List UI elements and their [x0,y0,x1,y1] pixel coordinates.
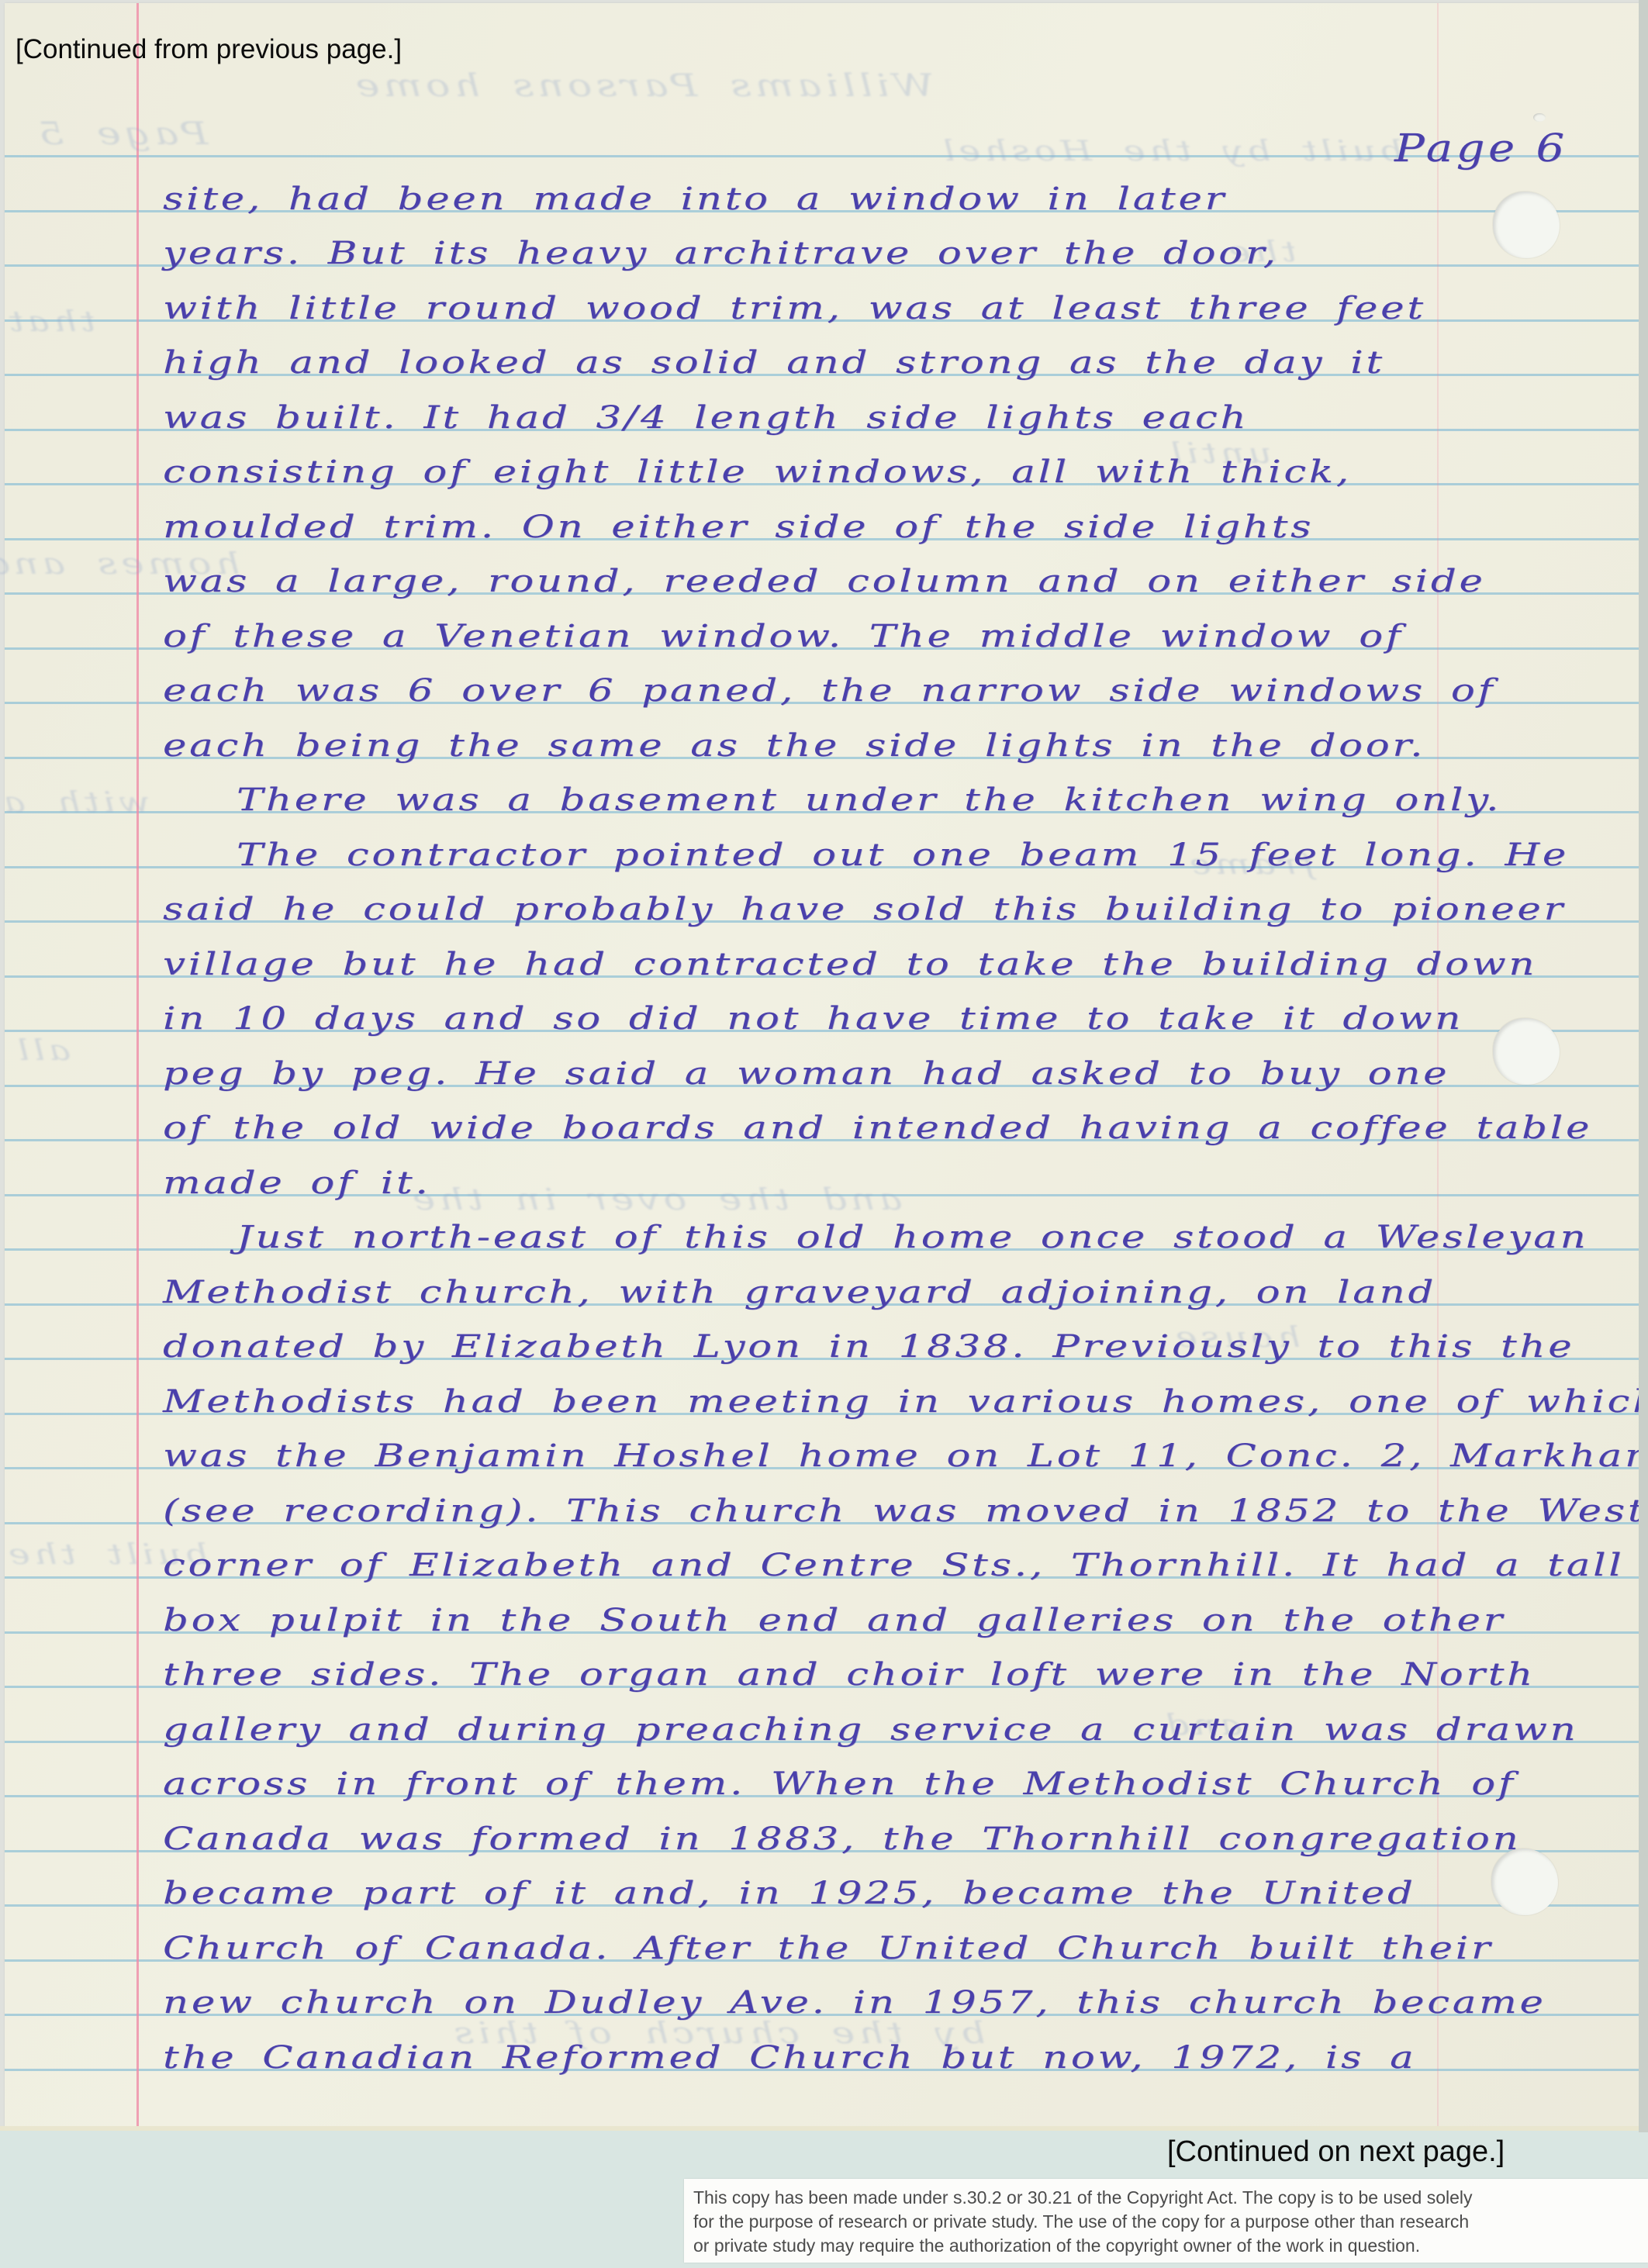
manuscript-line: each was 6 over 6 paned, the narrow side… [163,673,1495,709]
manuscript-line: moulded trim. On either side of the side… [163,509,1314,545]
manuscript-line: Church of Canada. After the United Churc… [163,1931,1493,1966]
continued-from-label: [Continued from previous page.] [16,34,402,65]
manuscript-line: across in front of them. When the Method… [163,1766,1516,1802]
manuscript-line: peg by peg. He said a woman had asked to… [163,1056,1449,1092]
manuscript-line: Methodists had been meeting in various h… [163,1384,1648,1420]
ghost-text: built by the Hoshel [939,136,1403,167]
ghost-text: Williams Parsons home [351,68,934,104]
ghost-text: and the over in the [409,1182,903,1217]
manuscript-line: with little round wood trim, was at leas… [163,291,1426,326]
manuscript-line: site, had been made into a window in lat… [163,181,1227,217]
ghost-text: all [14,1035,71,1067]
copyright-line-1: This copy has been made under s.30.2 or … [693,2186,1648,2210]
manuscript-line: new church on Dudley Ave. in 1957, this … [163,1985,1546,2021]
continued-next-label: [Continued on next page.] [1167,2135,1505,2169]
copyright-line-2: for the purpose of research or private s… [693,2210,1648,2234]
punch-hole [1493,192,1560,258]
manuscript-line: each being the same as the side lights i… [163,728,1425,764]
manuscript-line: three sides. The organ and choir loft we… [163,1657,1536,1693]
page-number: Page 6 [1394,126,1568,171]
manuscript-line: There was a basement under the kitchen w… [237,782,1501,818]
manuscript-line: corner of Elizabeth and Centre Sts., Tho… [163,1548,1625,1583]
manuscript-line: (see recording). This church was moved i… [163,1493,1646,1529]
manuscript-line: became part of it and, in 1925, became t… [163,1876,1416,1911]
manuscript-line: donated by Elizabeth Lyon in 1838. Previ… [163,1329,1574,1365]
manuscript-line: village but he had contracted to take th… [163,947,1537,982]
copyright-notice-box: This copy has been made under s.30.2 or … [684,2179,1648,2263]
ghost-text: with a [0,787,150,819]
manuscript-line: Just north-east of this old home once st… [237,1220,1589,1255]
copyright-line-3: or private study may require the authori… [693,2234,1648,2258]
punch-hole [1491,1849,1558,1915]
manuscript-line: gallery and during preaching service a c… [163,1712,1579,1748]
manuscript-line: years. But its heavy architrave over the… [163,236,1279,271]
manuscript-line: made of it. [163,1165,431,1201]
manuscript-line: in 10 days and so did not have time to t… [163,1001,1463,1037]
manuscript-line: was the Benjamin Hoshel home on Lot 11, … [163,1438,1648,1474]
manuscript-line: Canada was formed in 1883, the Thornhill… [163,1821,1521,1857]
scanned-document-page: Williams Parsons homePage 5built by the … [0,0,1648,2268]
paper-speck [1533,113,1546,122]
manuscript-line: high and looked as solid and strong as t… [163,345,1385,381]
manuscript-line: Methodist church, with graveyard adjoini… [163,1275,1436,1310]
manuscript-line: the Canadian Reformed Church but now, 19… [163,2040,1417,2076]
manuscript-line: said he could probably have sold this bu… [163,892,1566,927]
scan-right-edge [1639,0,1648,2132]
ghost-text: Page 5 [34,116,208,152]
left-margin-line [136,3,139,2128]
manuscript-line: box pulpit in the South end and gallerie… [163,1603,1505,1638]
punch-hole [1493,1018,1560,1085]
manuscript-line: The contractor pointed out one beam 15 f… [237,837,1569,873]
manuscript-line: of these a Venetian window. The middle w… [163,619,1404,654]
manuscript-line: was built. It had 3/4 length side lights… [163,400,1249,436]
manuscript-line: was a large, round, reeded column and on… [163,564,1486,599]
manuscript-line: of the old wide boards and intended havi… [163,1110,1592,1146]
ghost-text: that [5,306,95,338]
manuscript-line: consisting of eight little windows, all … [163,454,1352,490]
